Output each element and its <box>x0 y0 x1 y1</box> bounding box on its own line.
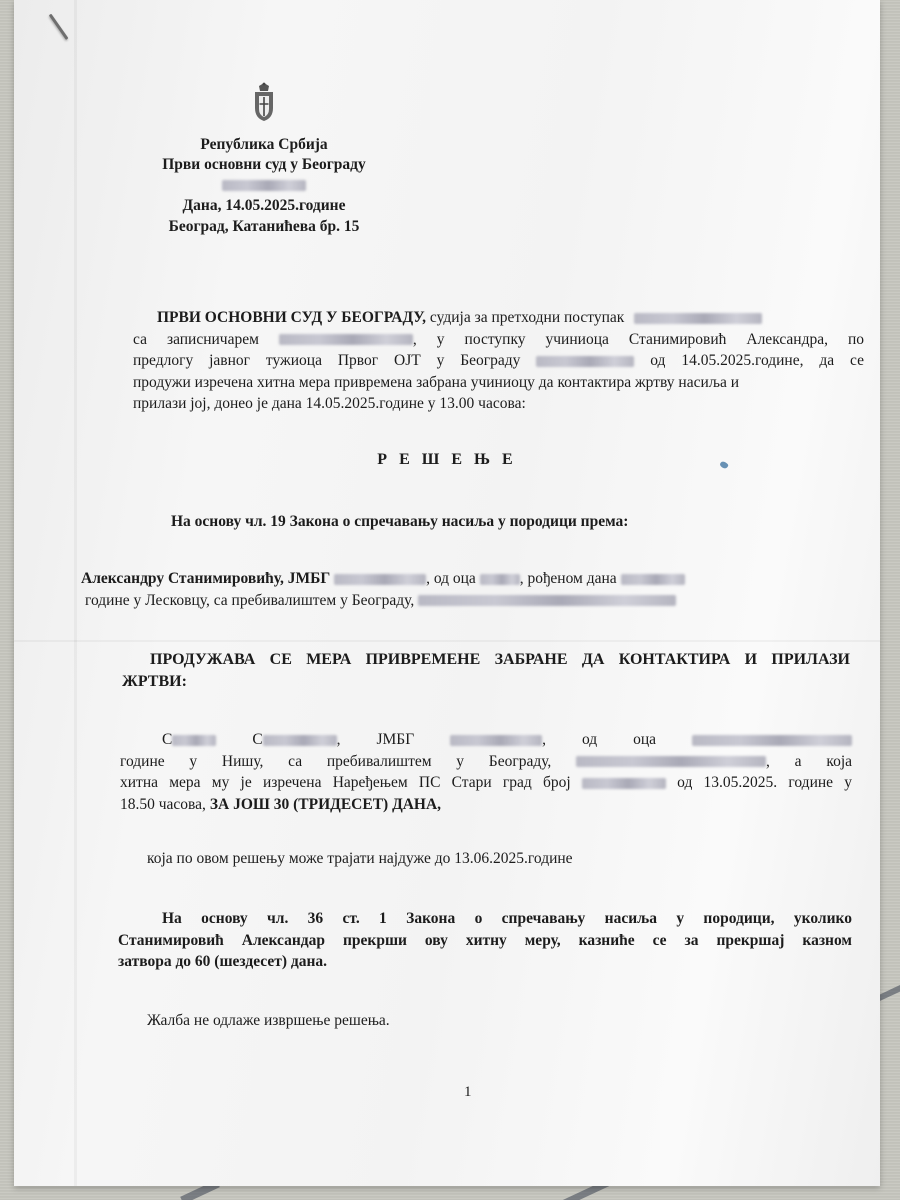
extension-duration: ЗА ЈОШ 30 (ТРИДЕСЕТ) ДАНА, <box>210 796 441 813</box>
victim-jmbg-redacted <box>450 735 542 746</box>
court-name: Први основни суд у Београду <box>134 155 394 176</box>
perpetrator-birthdate-redacted <box>621 574 685 585</box>
appeal-note: Жалба не одлаже извршење решења. <box>147 1010 390 1032</box>
court-address: Београд, Катанићева бр. 15 <box>134 217 394 238</box>
staple <box>49 14 69 40</box>
court-name-bold: ПРВИ ОСНОВНИ СУД У БЕОГРАДУ, <box>157 309 426 326</box>
perpetrator-details: Александру Станимировићу, ЈМБГ , од оца … <box>81 568 831 611</box>
paper-crease <box>74 0 77 1186</box>
page-number: 1 <box>464 1084 472 1101</box>
intro-paragraph: ПРВИ ОСНОВНИ СУД У БЕОГРАДУ, судија за п… <box>133 307 864 415</box>
perpetrator-father-redacted <box>480 574 520 585</box>
legal-basis: На основу чл. 19 Закона о спречавању нас… <box>171 511 628 533</box>
document-date: Дана, 14.05.2025.године <box>134 196 394 217</box>
judge-name-redacted <box>634 313 762 324</box>
case-number-redacted <box>134 176 394 197</box>
victim-first-name-redacted <box>172 735 216 746</box>
prosecutor-case-redacted <box>536 356 634 367</box>
decision-title: Р Е Ш Е Њ Е <box>14 451 880 469</box>
coat-of-arms-icon <box>251 82 277 122</box>
measure-heading: ПРОДУЖАВА СЕ МЕРА ПРИВРЕМЕНЕ ЗАБРАНЕ ДА … <box>122 649 850 692</box>
victim-father-birth-redacted <box>692 735 852 746</box>
paper-crease <box>14 640 880 642</box>
document-page: Република Србија Први основни суд у Беог… <box>14 0 880 1186</box>
victim-details: С С, ЈМБГ , од оца године у Нишу, са пре… <box>120 729 852 815</box>
duration-note: која по овом решењу може трајати најдуже… <box>147 848 573 870</box>
perpetrator-address-redacted <box>418 595 676 606</box>
victim-address-redacted <box>576 756 766 767</box>
victim-last-name-redacted <box>263 735 337 746</box>
penalty-paragraph: На основу чл. 36 ст. 1 Закона о спречава… <box>118 908 852 973</box>
document-header: Република Србија Први основни суд у Беог… <box>134 82 394 237</box>
country-name: Република Србија <box>134 135 394 156</box>
clerk-name-redacted <box>279 334 413 345</box>
perpetrator-jmbg-redacted <box>334 574 426 585</box>
police-order-number-redacted <box>582 778 666 789</box>
